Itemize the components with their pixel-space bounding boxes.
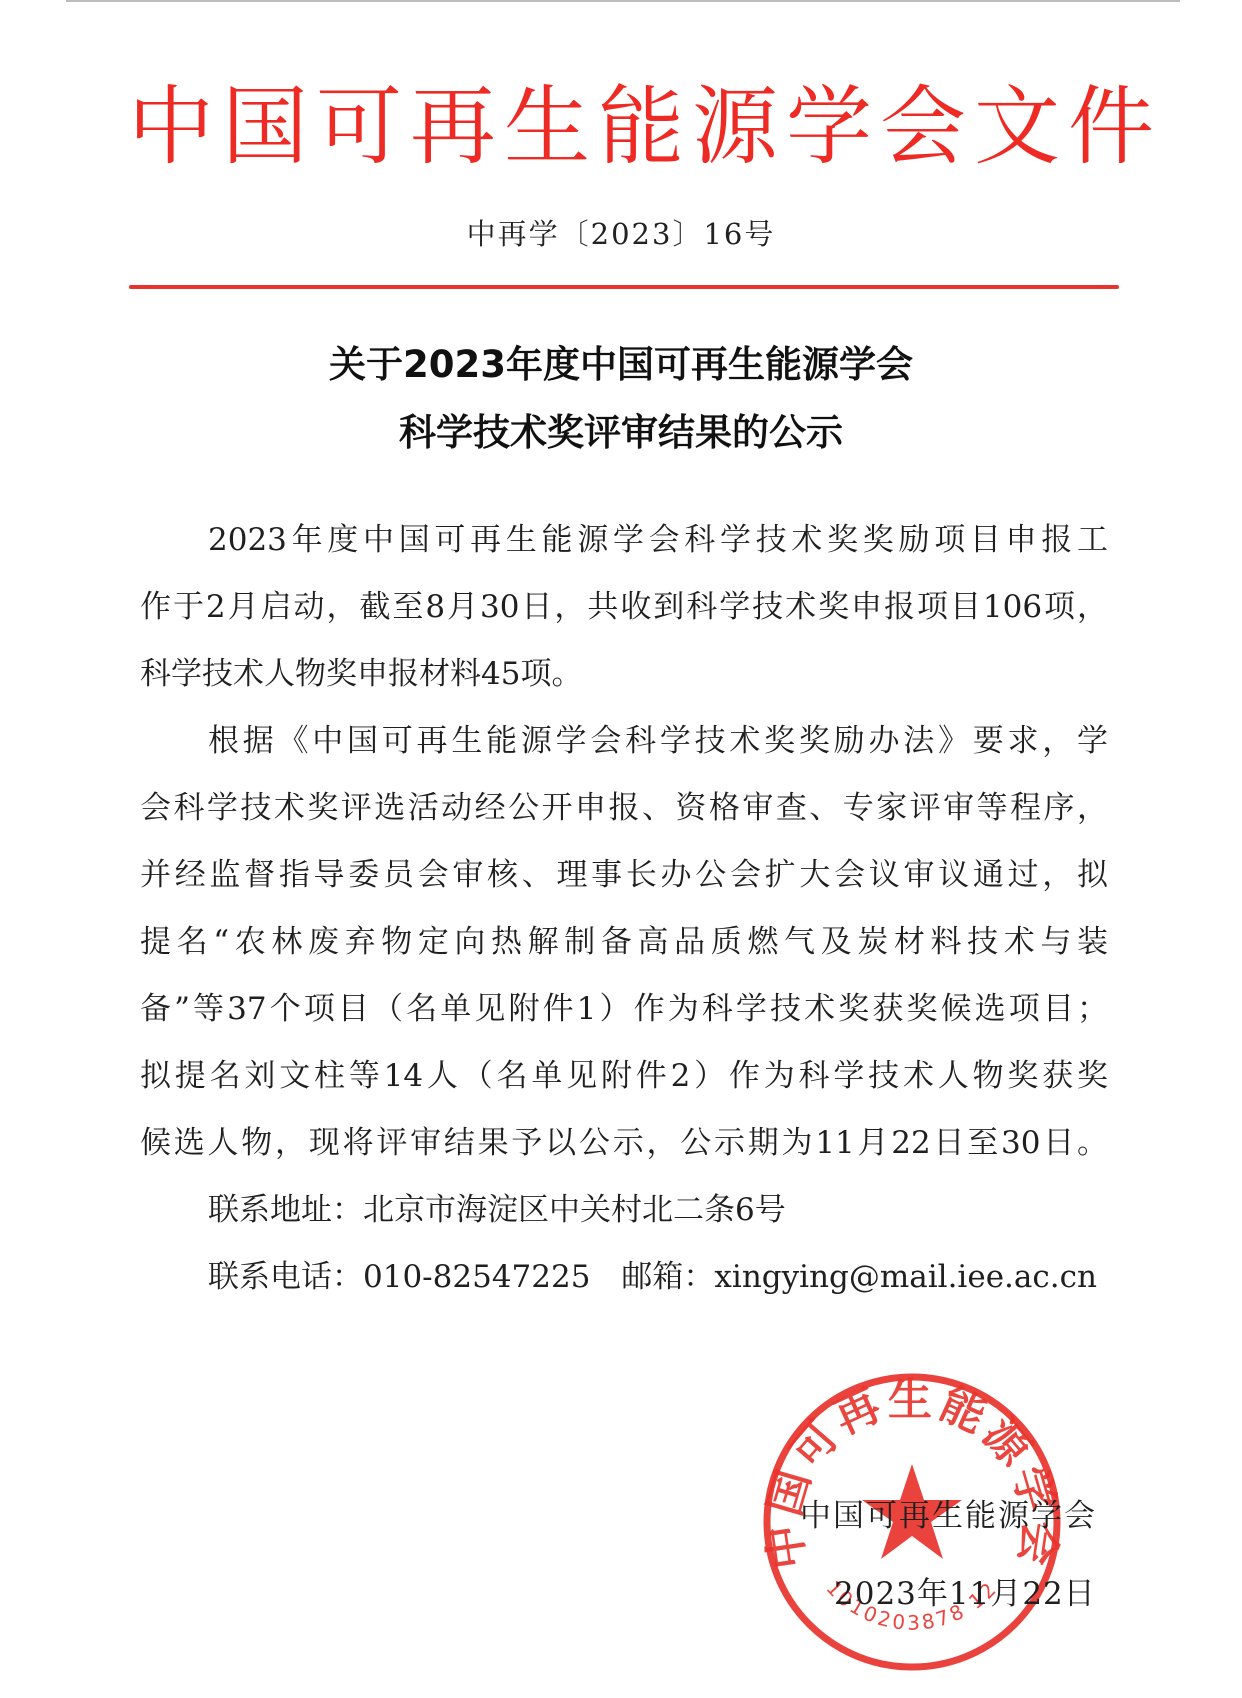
body-line: 备”等37个项目（名单见附件1）作为科学技术奖获奖候选项目； — [140, 987, 1108, 1031]
notice-title-line-2: 科学技术奖评审结果的公示 — [0, 408, 1242, 458]
body-line: 作于2月启动，截至8月30日，共收到科学技术奖申报项目106项， — [140, 585, 1108, 629]
body-line: 科学技术人物奖申报材料45项。 — [140, 652, 1108, 696]
body-line: 并经监督指导委员会审核、理事长办公会扩大会议审议通过，拟 — [140, 853, 1108, 897]
body-line: 根据《中国可再生能源学会科学技术奖奖励办法》要求，学 — [208, 719, 1108, 763]
signature-date: 2023年11月22日 — [834, 1572, 1096, 1616]
body-line: 2023年度中国可再生能源学会科学技术奖奖励项目申报工 — [208, 518, 1108, 562]
body-line: 会科学技术奖评选活动经公开申报、资格审查、专家评审等程序， — [140, 786, 1108, 830]
contact-phone-email: 联系电话：010-82547225 邮箱：xingying@mail.iee.a… — [208, 1255, 1108, 1299]
masthead-title: 中国可再生能源学会文件 — [128, 72, 1108, 182]
body-line: 提名“农林废弃物定向热解制备高品质燃气及炭材料技术与装 — [140, 920, 1108, 964]
notice-title-line-1: 关于2023年度中国可再生能源学会 — [0, 340, 1242, 390]
body-line: 候选人物，现将评审结果予以公示，公示期为11月22日至30日。 — [140, 1121, 1108, 1165]
document-number: 中再学〔2023〕16号 — [0, 214, 1242, 254]
signature-organization: 中国可再生能源学会 — [800, 1494, 1110, 1538]
page-top-edge — [66, 0, 1180, 2]
masthead-divider — [129, 285, 1119, 289]
body-line: 拟提名刘文柱等14人（名单见附件2）作为科学技术人物奖获奖 — [140, 1054, 1108, 1098]
contact-address: 联系地址：北京市海淀区中关村北二条6号 — [208, 1188, 1108, 1232]
